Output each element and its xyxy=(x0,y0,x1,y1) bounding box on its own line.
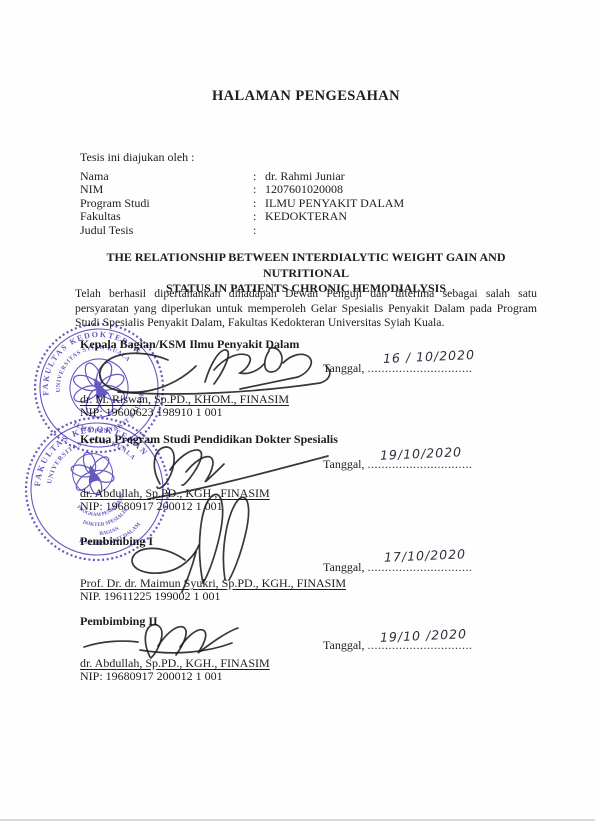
info-label: Nama xyxy=(80,170,253,183)
info-value: 1207601020008 xyxy=(265,183,520,196)
info-row-nim: NIM : 1207601020008 xyxy=(80,183,520,196)
info-value: dr. Rahmi Juniar xyxy=(265,170,520,183)
info-colon: : xyxy=(253,183,265,196)
signer-role-ketua-prodi: Ketua Program Studi Pendidikan Dokter Sp… xyxy=(80,432,338,447)
info-value: ILMU PENYAKIT DALAM xyxy=(265,197,520,210)
info-row-program-studi: Program Studi : ILMU PENYAKIT DALAM xyxy=(80,197,520,210)
signer-nip: NIP: 19680917 200012 1 001 xyxy=(80,669,223,684)
info-colon: : xyxy=(253,210,265,223)
signer-nip: NIP: 19600623 198910 1 001 xyxy=(80,405,223,420)
info-label: Fakultas xyxy=(80,210,253,223)
info-label: NIM xyxy=(80,183,253,196)
info-value: KEDOKTERAN xyxy=(265,210,520,223)
submission-intro: Tesis ini diajukan oleh : xyxy=(80,150,194,165)
date-label: Tanggal, xyxy=(323,560,364,574)
thesis-title-line1: THE RELATIONSHIP BETWEEN INTERDIALYTIC W… xyxy=(75,250,537,281)
date-label: Tanggal, xyxy=(323,638,364,652)
info-label: Program Studi xyxy=(80,197,253,210)
info-label: Judul Tesis xyxy=(80,224,253,237)
signature-riswan xyxy=(100,348,330,394)
date-label: Tanggal, xyxy=(323,457,364,471)
svg-text:FAKULTAS KEDOKTERAN: FAKULTAS KEDOKTERAN xyxy=(22,414,151,489)
signer-nip: NIP. 19611225 199002 1 001 xyxy=(80,589,221,604)
signer-nip: NIP: 19680917 200012 1 001 xyxy=(80,499,223,514)
signer-role-kepala-bagian: Kepala Bagian/KSM Ilmu Penyakit Dalam xyxy=(80,337,299,352)
page-title: HALAMAN PENGESAHAN xyxy=(75,88,537,105)
info-value xyxy=(265,224,520,237)
stamp-text-faculty: FAKULTAS KEDOKTERAN xyxy=(22,414,151,489)
info-colon: : xyxy=(253,224,265,237)
date-label: Tanggal, xyxy=(323,361,364,375)
signer-role-pembimbing-1: Pembimbing I xyxy=(80,534,153,549)
signer-role-pembimbing-2: Pembimbing II xyxy=(80,614,158,629)
info-row-nama: Nama : dr. Rahmi Juniar xyxy=(80,170,520,183)
thesis-approval-page: HALAMAN PENGESAHAN Tesis ini diajukan ol… xyxy=(0,0,595,821)
signature-abdullah-2 xyxy=(84,625,238,658)
info-colon: : xyxy=(253,170,265,183)
defense-statement: Telah berhasil dipertahankan dihadapan D… xyxy=(75,287,537,331)
info-row-judul-tesis: Judul Tesis : xyxy=(80,224,520,237)
info-row-fakultas: Fakultas : KEDOKTERAN xyxy=(80,210,520,223)
student-info-table: Nama : dr. Rahmi Juniar NIM : 1207601020… xyxy=(80,170,520,237)
info-colon: : xyxy=(253,197,265,210)
